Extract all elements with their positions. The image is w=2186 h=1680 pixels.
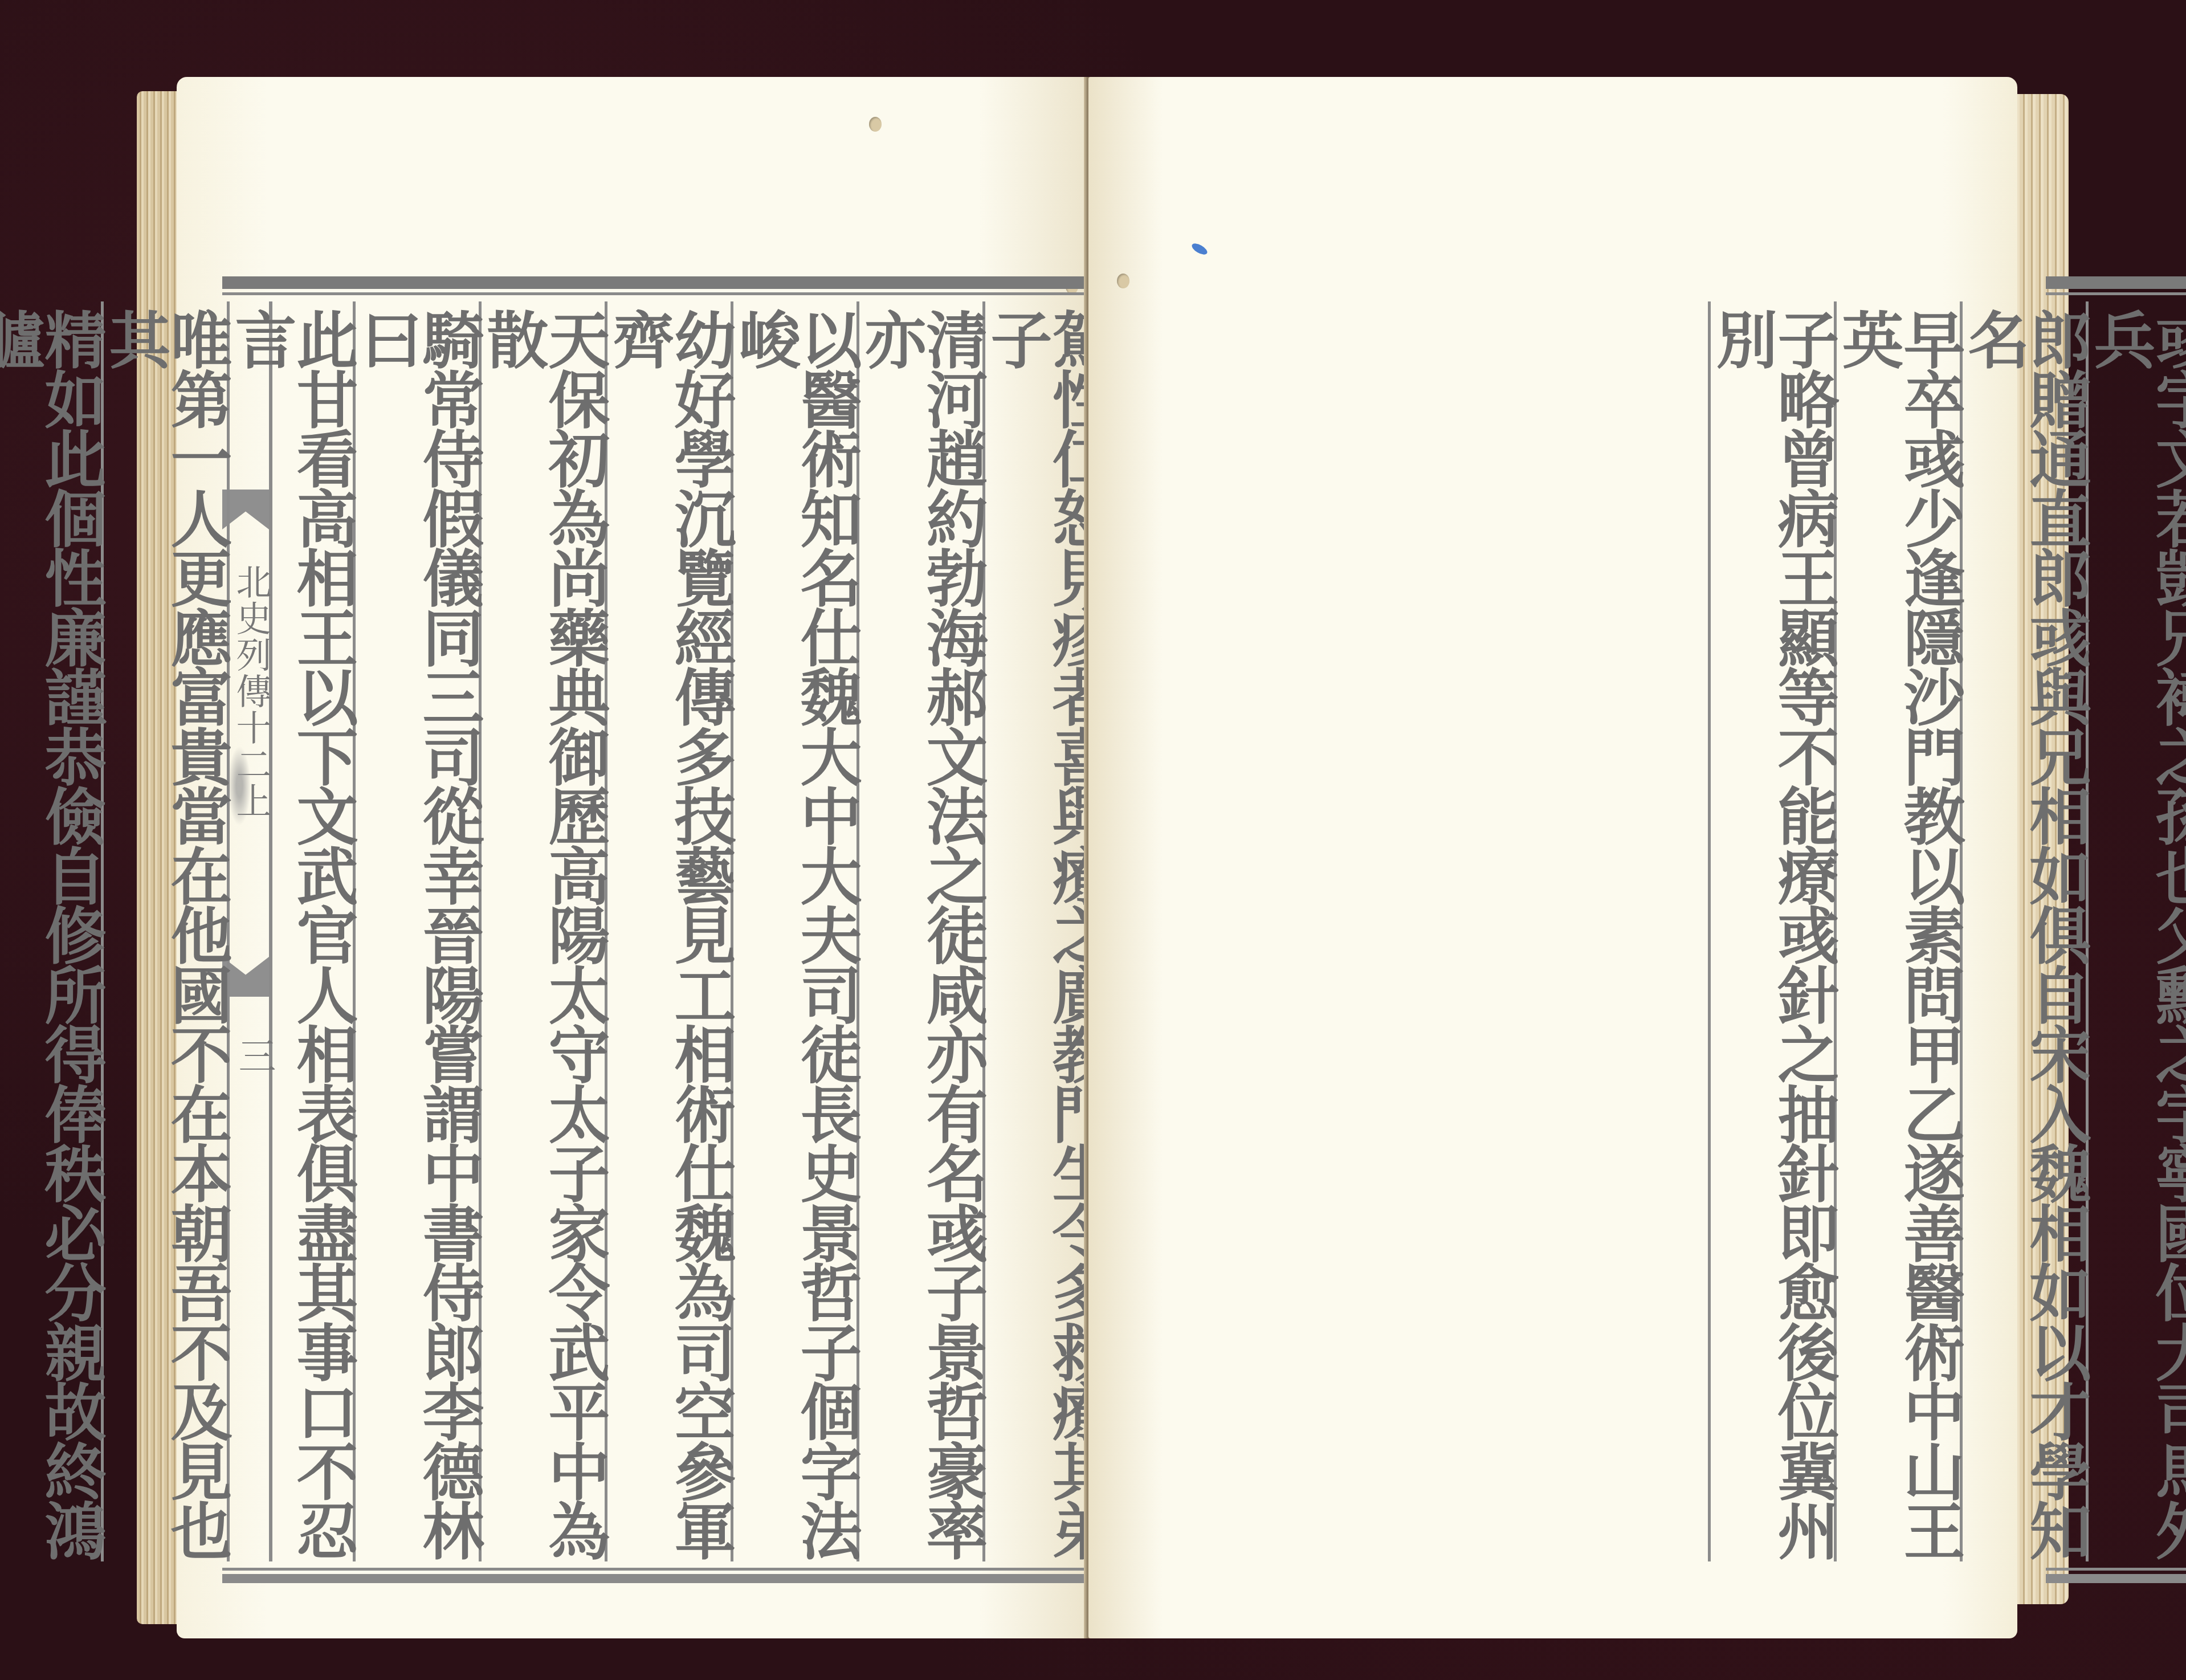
right-text-columns: 世魏晉公卿常侮模浩不信佛道模深所歸向雖糞壤中 禮拜形像浩大笑曰持此頭顱不淨處跪是… — [2050, 301, 2186, 1561]
text-column: 幼好學沉覽經傳多技藝見工相術仕魏為司空參軍齊 — [605, 301, 731, 1561]
text-column: 清河趙約勃海郝文法之徒咸亦有名彧子景哲豪率亦 — [857, 301, 982, 1561]
text-column: 早卒彧少逢隱沙門教以素問甲乙遂善醫術中山王英 — [1834, 301, 1960, 1561]
open-book: 北史列傳十二上 三 駕性仁恕見疹者喜與療之廣教門生令多救療其弟子 清河趙約勃海郝… — [137, 77, 2069, 1638]
text-column: 彧字文若顗兄褘之孫也父勳之字寧國位大司馬外兵 — [2086, 301, 2186, 1561]
text-column: 此甘看高相王以下文武官人相表俱盡其事口不忍言 — [227, 301, 353, 1561]
text-column: 唯第一人更應富貴當在他國不在本朝吾不及見也其 — [101, 301, 227, 1561]
text-column: 子略曾病王顯等不能療彧針之抽針即愈後位冀州別 — [1708, 301, 1834, 1561]
text-column: 以醫術知名仕魏大中大夫司徒長史景哲子個字法峻 — [731, 301, 857, 1561]
binding-hole — [869, 117, 882, 132]
binding-hole — [1117, 274, 1129, 288]
right-print-frame: 世魏晉公卿常侮模浩不信佛道模深所歸向雖糞壤中 禮拜形像浩大笑曰持此頭顱不淨處跪是… — [2046, 276, 2186, 1583]
left-text-columns: 駕性仁恕見疹者喜與療之廣教門生令多救療其弟子 清河趙約勃海郝文法之徒咸亦有名彧子… — [274, 301, 1111, 1561]
blue-ink-mark — [1190, 241, 1209, 256]
left-page: 北史列傳十二上 三 駕性仁恕見疹者喜與療之廣教門生令多救療其弟子 清河趙約勃海郝… — [177, 77, 1088, 1638]
right-page: 世魏晉公卿常侮模浩不信佛道模深所歸向雖糞壤中 禮拜形像浩大笑曰持此頭顱不淨處跪是… — [1088, 77, 2017, 1638]
left-print-frame: 北史列傳十二上 三 駕性仁恕見疹者喜與療之廣教門生令多救療其弟子 清河趙約勃海郝… — [222, 276, 1117, 1583]
text-column: 精如此個性廉謹恭儉自修所得俸秩必分親故終鴻臚 — [0, 301, 101, 1561]
text-column: 郎贈通直郎彧與兄相如俱自宋入魏相如以才學知名 — [1960, 301, 2086, 1561]
text-column: 騎常侍假儀同三司從幸晉陽嘗謂中書侍郎李德林曰 — [353, 301, 479, 1561]
text-column: 天保初為尚藥典御歷高陽太守太子家令武平中為散 — [479, 301, 605, 1561]
